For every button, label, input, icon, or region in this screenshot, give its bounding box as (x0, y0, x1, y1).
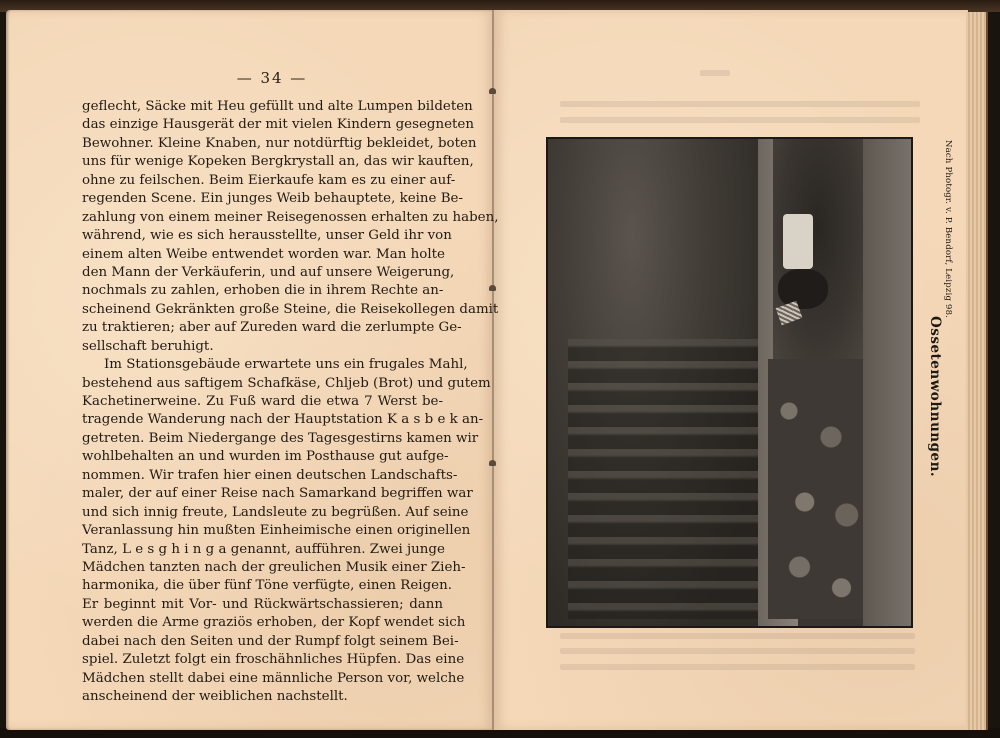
text-line: den Mann der Verkäuferin, und auf unsere… (82, 264, 443, 282)
text-line: anscheinend der weiblichen nachstellt. (82, 688, 443, 706)
bleed-through-text (560, 648, 915, 654)
text-line: während, wie es sich herausstellte, unse… (82, 227, 443, 245)
text-line: scheinend Gekränkten große Steine, die R… (82, 301, 443, 319)
photo-right-slope (863, 139, 913, 628)
text-line: spiel. Zuletzt folgt ein froschähnliches… (82, 651, 443, 669)
photo-figure-dark (778, 269, 828, 309)
binding-thread-knot (489, 88, 496, 94)
text-line: dabei nach den Seiten und der Rumpf folg… (82, 633, 443, 651)
text-line: zahlung von einem meiner Reisegenossen e… (82, 209, 443, 227)
text-line: ohne zu feilschen. Beim Eierkaufe kam es… (82, 172, 443, 190)
photo-stone-wall (768, 359, 873, 619)
text-line: Tanz, L e s g h i n g a genannt, aufführ… (82, 541, 443, 559)
text-line: maler, der auf einer Reise nach Samarkan… (82, 485, 443, 503)
photo-figure-light (783, 214, 813, 269)
illustration-caption: Ossetenwohnungen. (927, 316, 943, 477)
text-line: bestehend aus saftigem Schafkäse, Chljeb… (82, 375, 443, 393)
text-line: das einzige Hausgerät der mit vielen Kin… (82, 116, 443, 134)
text-line: nochmals zu zahlen, erhoben die in ihrem… (82, 282, 443, 300)
text-line: nommen. Wir trafen hier einen deutschen … (82, 467, 443, 485)
book-gutter (492, 10, 494, 730)
text-line: Mädchen stellt dabei eine männliche Pers… (82, 670, 443, 688)
text-line: Er beginnt mit Vor- und Rückwärtschassie… (82, 596, 443, 614)
text-line: Im Stationsgebäude erwartete uns ein fru… (82, 356, 443, 374)
photo-terraces (568, 339, 768, 619)
page-number: — 34 — (222, 69, 322, 87)
text-line: zu traktieren; aber auf Zureden ward die… (82, 319, 443, 337)
caption-area: Nach Photogr. v. P. Bendorf, Leipzig 98.… (921, 140, 961, 460)
text-line: geflecht, Säcke mit Heu gefüllt und alte… (82, 98, 443, 116)
text-line: getreten. Beim Niedergange des Tagesgest… (82, 430, 443, 448)
text-line: regenden Scene. Ein junges Weib behaupte… (82, 190, 443, 208)
page-stack-edge (966, 12, 988, 730)
text-line: einem alten Weibe entwendet worden war. … (82, 246, 443, 264)
text-line: Kachetinerweine. Zu Fuß ward die etwa 7 … (82, 393, 443, 411)
bleed-through-text (560, 664, 915, 670)
body-text: geflecht, Säcke mit Heu gefüllt und alte… (82, 98, 443, 706)
text-line: sellschaft beruhigt. (82, 338, 443, 356)
text-line: Veranlassung hin mußten Einheimische ein… (82, 522, 443, 540)
text-line: wohlbehalten an und wurden im Posthause … (82, 448, 443, 466)
binding-thread-knot (489, 285, 496, 291)
bleed-through-text (560, 101, 920, 107)
bleed-through-text (700, 70, 730, 76)
text-line: werden die Arme graziös erhoben, der Kop… (82, 614, 443, 632)
bleed-through-text (560, 633, 915, 639)
text-line: und sich innig freute, Landsleute zu beg… (82, 504, 443, 522)
text-line: harmonika, die über fünf Töne verfügte, … (82, 577, 443, 595)
text-line: Mädchen tanzten nach der greulichen Musi… (82, 559, 443, 577)
illustration-photo (546, 137, 913, 628)
bleed-through-text (560, 117, 920, 123)
text-line: uns für wenige Kopeken Bergkrystall an, … (82, 153, 443, 171)
photo-credit: Nach Photogr. v. P. Bendorf, Leipzig 98. (943, 140, 953, 318)
binding-thread-knot (489, 460, 496, 466)
text-line: tragende Wanderung nach der Hauptstation… (82, 411, 443, 429)
text-line: Bewohner. Kleine Knaben, nur notdürftig … (82, 135, 443, 153)
